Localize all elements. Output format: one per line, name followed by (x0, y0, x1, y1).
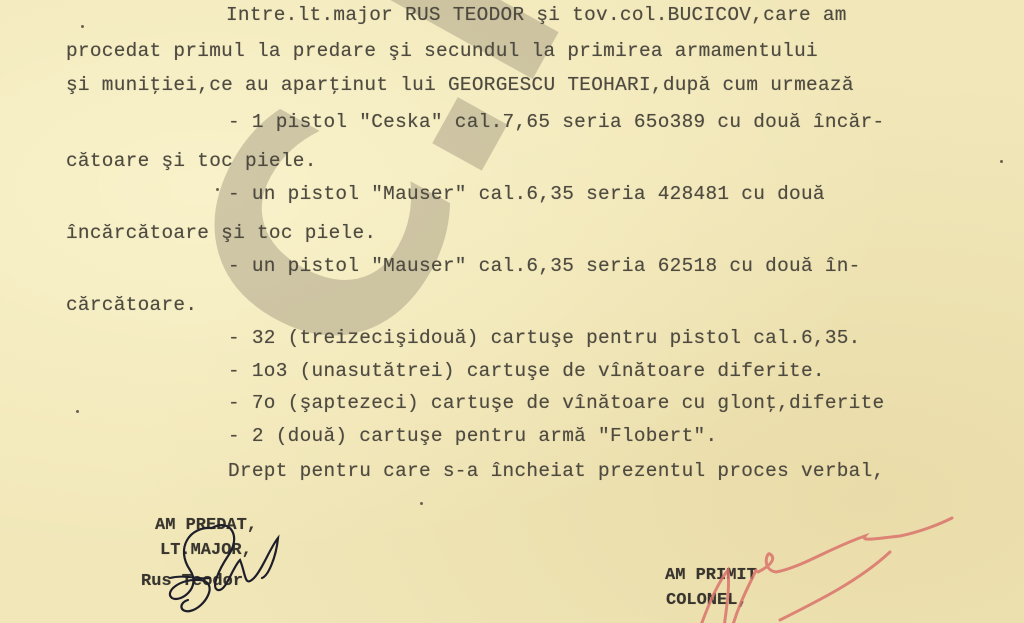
paper-speck (76, 410, 79, 413)
intro-line-1: Intre.lt.major RUS TEODOR şi tov.col.BUC… (226, 4, 847, 26)
paper-speck (420, 502, 423, 505)
document-page: C.N.S.A.S. Intre.lt.major RUS TEODOR şi … (0, 0, 1024, 623)
intro-line-3: şi muniţiei,ce au aparţinut lui GEORGESC… (66, 74, 854, 96)
closing-line: Drept pentru care s-a încheiat prezentul… (228, 460, 885, 482)
paper-speck (1000, 160, 1003, 163)
item-1-line-2: cătoare şi toc piele. (66, 150, 317, 172)
paper-speck (216, 188, 219, 191)
intro-line-2: procedat primul la predare şi secundul l… (66, 40, 818, 62)
signature-colonel (680, 510, 1000, 623)
item-6: - 7o (şaptezeci) cartuşe de vînătoare cu… (228, 392, 885, 414)
item-2-line-1: - un pistol "Mauser" cal.6,35 seria 4284… (228, 183, 825, 205)
item-1-line-1: - 1 pistol "Ceska" cal.7,65 seria 65o389… (228, 111, 885, 133)
item-7: - 2 (două) cartuşe pentru armă "Flobert"… (228, 425, 717, 447)
paper-speck (81, 25, 84, 28)
item-5: - 1o3 (unasutătrei) cartuşe de vînătoare… (228, 360, 825, 382)
item-4: - 32 (treizecişidouă) cartuşe pentru pis… (228, 327, 861, 349)
signature-rus-teodor (150, 508, 310, 618)
item-2-line-2: încărcătoare şi toc piele. (66, 222, 376, 244)
item-3-line-1: - un pistol "Mauser" cal.6,35 seria 6251… (228, 255, 861, 277)
item-3-line-2: cărcătoare. (66, 294, 197, 316)
